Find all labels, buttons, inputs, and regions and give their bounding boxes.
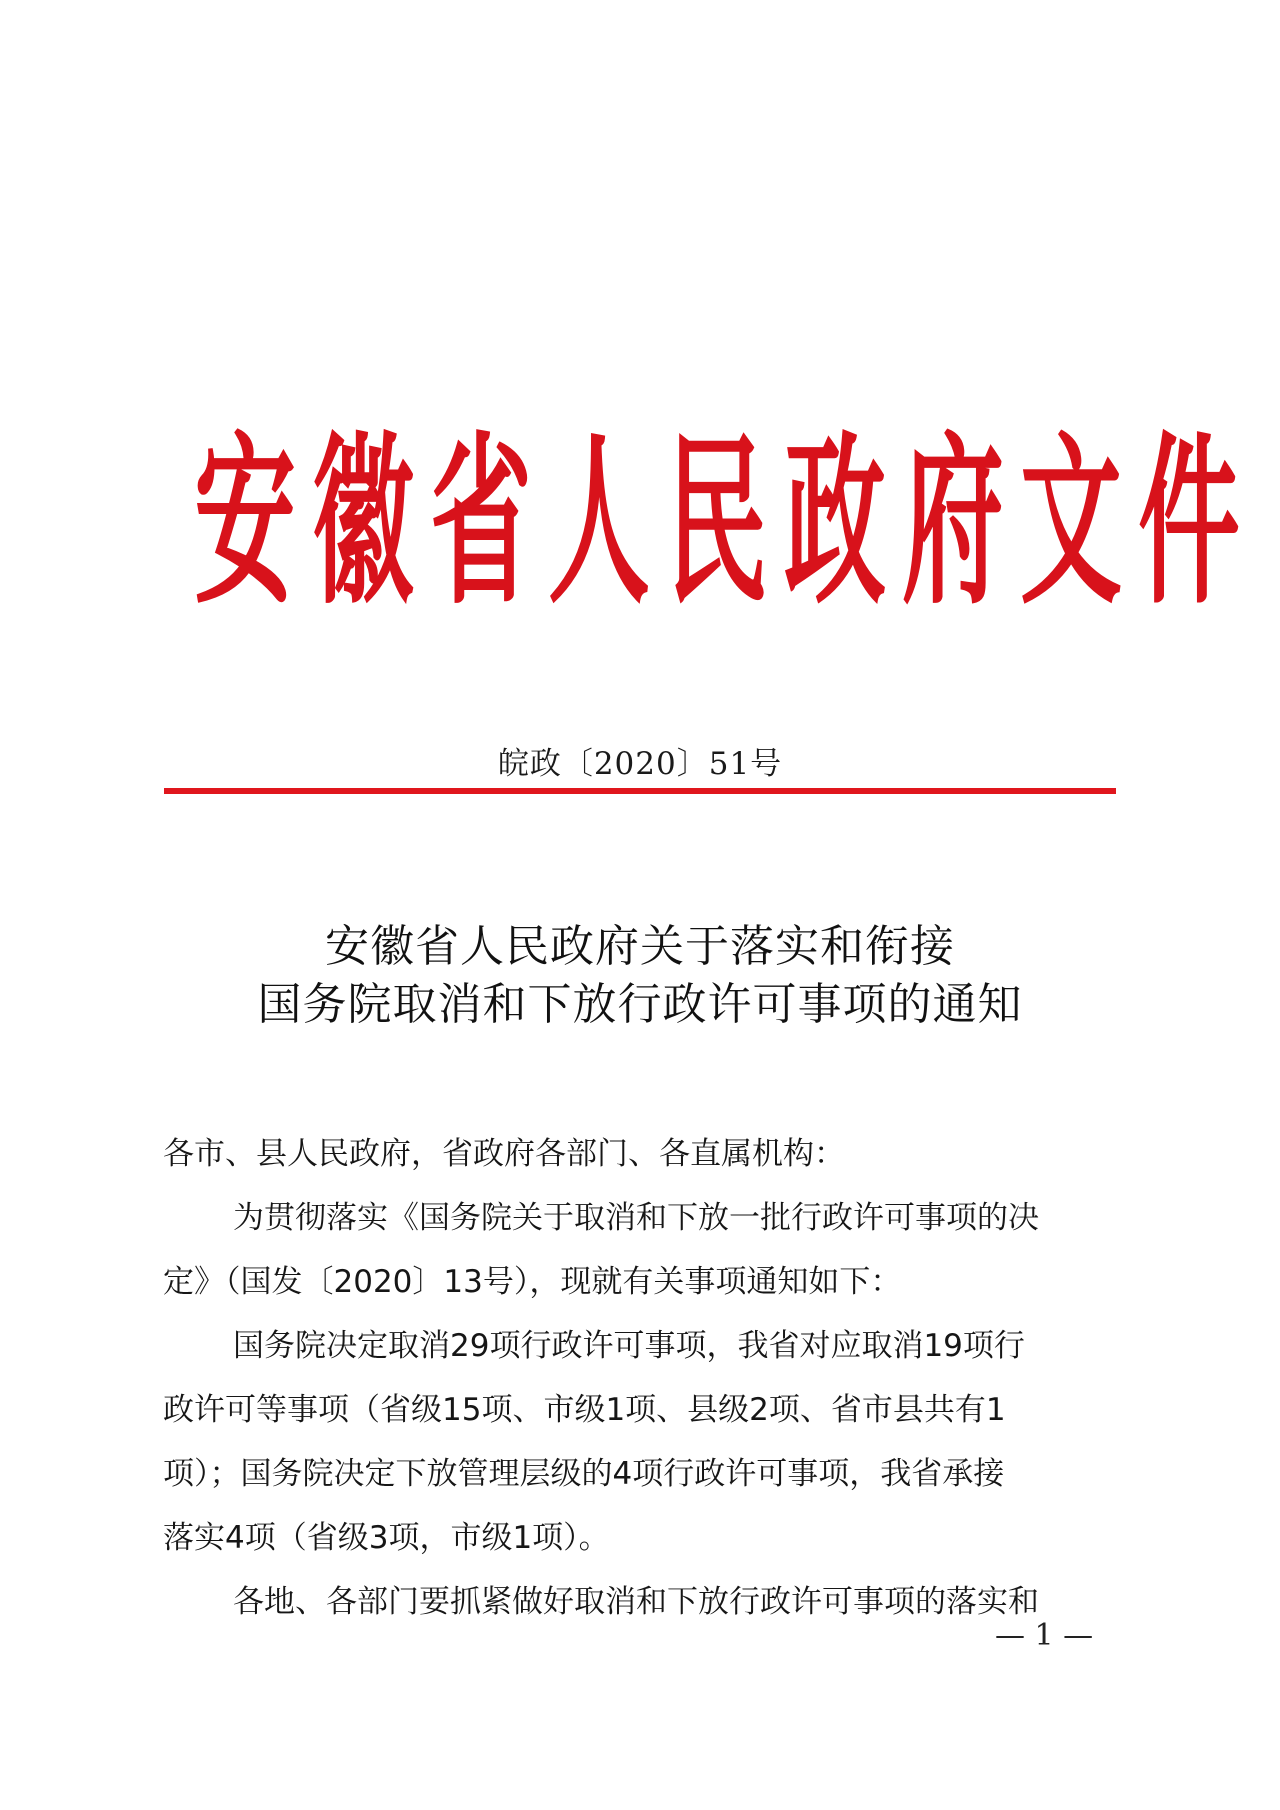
- masthead-char: 徽: [312, 431, 413, 614]
- masthead-char: 件: [1138, 431, 1239, 614]
- body-line: 为贯彻落实《国务院关于取消和下放一批行政许可事项的决: [163, 1186, 1119, 1250]
- masthead-char: 政: [784, 431, 885, 614]
- document-number: 皖政〔2020〕51号: [0, 738, 1280, 783]
- document-title-line-1: 安徽省人民政府关于落实和衔接: [0, 918, 1280, 976]
- document-title: 安徽省人民政府关于落实和衔接 国务院取消和下放行政许可事项的通知: [0, 918, 1280, 1034]
- body-line: 项）；国务院决定下放管理层级的4项行政许可事项，我省承接: [163, 1442, 1119, 1506]
- body-line: 定》（国发〔2020〕13号），现就有关事项通知如下：: [163, 1250, 1119, 1314]
- masthead-char: 文: [1020, 431, 1121, 614]
- document-page: 安 徽 省 人 民 政 府 文 件 皖政〔2020〕51号 安徽省人民政府关于落…: [0, 0, 1280, 1810]
- masthead-char: 人: [548, 431, 649, 614]
- masthead-char: 府: [902, 431, 1003, 614]
- page-number: — 1 —: [995, 1618, 1093, 1653]
- document-body: 各市、县人民政府，省政府各部门、各直属机构： 为贯彻落实《国务院关于取消和下放一…: [163, 1122, 1119, 1634]
- body-line: 各地、各部门要抓紧做好取消和下放行政许可事项的落实和: [163, 1570, 1119, 1634]
- red-divider-rule: [164, 788, 1116, 794]
- body-line: 国务院决定取消29项行政许可事项，我省对应取消19项行: [163, 1314, 1119, 1378]
- masthead-char: 民: [666, 431, 767, 614]
- masthead-char: 省: [430, 431, 531, 614]
- body-line: 落实4项（省级3项，市级1项）。: [163, 1506, 1119, 1570]
- masthead-char: 安: [194, 431, 295, 614]
- masthead-title: 安 徽 省 人 民 政 府 文 件: [186, 430, 1094, 614]
- salutation: 各市、县人民政府，省政府各部门、各直属机构：: [163, 1122, 1119, 1186]
- document-title-line-2: 国务院取消和下放行政许可事项的通知: [0, 976, 1280, 1034]
- body-line: 政许可等事项（省级15项、市级1项、县级2项、省市县共有1: [163, 1378, 1119, 1442]
